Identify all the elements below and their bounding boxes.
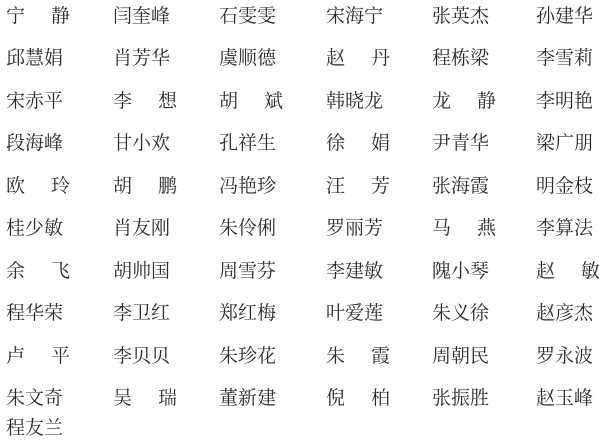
person-name: 朱伶俐 <box>219 213 283 243</box>
person-name: 孙建华 <box>536 1 599 31</box>
person-name: 朱珍花 <box>219 341 283 371</box>
person-name: 余飞 <box>6 256 70 286</box>
person-name: 李想 <box>113 86 177 116</box>
person-name: 张振胜 <box>432 383 496 413</box>
person-name: 隗小琴 <box>432 256 496 286</box>
person-name: 龙静 <box>432 86 496 116</box>
person-name: 邱慧娟 <box>6 43 70 73</box>
person-name: 李卫红 <box>113 298 177 328</box>
person-name: 胡鹏 <box>113 171 177 201</box>
name-row: 程华荣李卫红郑红梅叶爱莲朱义徐赵彦杰 <box>0 298 599 328</box>
name-row: 宋赤平李想胡斌韩晓龙龙静李明艳 <box>0 86 599 116</box>
name-row: 宁静闫奎峰石雯雯宋海宁张英杰孙建华 <box>0 1 599 31</box>
name-row: 朱文奇吴瑞董新建倪柏张振胜赵玉峰 <box>0 383 599 413</box>
person-name: 罗丽芳 <box>326 213 390 243</box>
person-name: 韩晓龙 <box>326 86 390 116</box>
person-name: 虞顺德 <box>219 43 283 73</box>
person-name: 叶爱莲 <box>326 298 390 328</box>
person-name: 罗永波 <box>536 341 599 371</box>
person-name: 程栋梁 <box>432 43 496 73</box>
person-name: 朱义徐 <box>432 298 496 328</box>
person-name: 董新建 <box>219 383 283 413</box>
person-name: 宁静 <box>6 1 70 31</box>
person-name: 赵丹 <box>326 43 390 73</box>
person-name: 明金枝 <box>536 171 599 201</box>
person-name: 汪芳 <box>326 171 390 201</box>
person-name: 卢平 <box>6 341 70 371</box>
person-name: 朱文奇 <box>6 383 70 413</box>
person-name: 宋海宁 <box>326 1 390 31</box>
person-name: 李建敏 <box>326 256 390 286</box>
person-name: 冯艳珍 <box>219 171 283 201</box>
person-name: 李雪莉 <box>536 43 599 73</box>
person-name: 段海峰 <box>6 128 70 158</box>
name-row: 程友兰 <box>0 413 599 443</box>
person-name: 张海霞 <box>432 171 496 201</box>
person-name: 吴瑞 <box>113 383 177 413</box>
person-name: 胡帅国 <box>113 256 177 286</box>
person-name: 梁广朋 <box>536 128 599 158</box>
person-name: 胡斌 <box>219 86 283 116</box>
person-name: 李贝贝 <box>113 341 177 371</box>
person-name: 肖芳华 <box>113 43 177 73</box>
person-name: 郑红梅 <box>219 298 283 328</box>
person-name: 闫奎峰 <box>113 1 177 31</box>
name-row: 卢平李贝贝朱珍花朱霞周朝民罗永波 <box>0 341 599 371</box>
person-name: 肖友刚 <box>113 213 177 243</box>
person-name: 尹青华 <box>432 128 496 158</box>
person-name: 桂少敏 <box>6 213 70 243</box>
person-name: 张英杰 <box>432 1 496 31</box>
name-row: 段海峰甘小欢孔祥生徐娟尹青华梁广朋 <box>0 128 599 158</box>
person-name: 程友兰 <box>6 413 70 443</box>
person-name: 李算法 <box>536 213 599 243</box>
name-row: 欧玲胡鹏冯艳珍汪芳张海霞明金枝 <box>0 171 599 201</box>
person-name: 周朝民 <box>432 341 496 371</box>
person-name: 朱霞 <box>326 341 390 371</box>
person-name: 赵玉峰 <box>536 383 599 413</box>
person-name: 倪柏 <box>326 383 390 413</box>
person-name: 周雪芬 <box>219 256 283 286</box>
person-name: 马燕 <box>432 213 496 243</box>
person-name: 宋赤平 <box>6 86 70 116</box>
person-name: 程华荣 <box>6 298 70 328</box>
person-name: 李明艳 <box>536 86 599 116</box>
name-row: 邱慧娟肖芳华虞顺德赵丹程栋梁李雪莉 <box>0 43 599 73</box>
person-name: 孔祥生 <box>219 128 283 158</box>
person-name: 赵敏 <box>536 256 599 286</box>
person-name: 石雯雯 <box>219 1 283 31</box>
person-name: 欧玲 <box>6 171 70 201</box>
person-name: 甘小欢 <box>113 128 177 158</box>
person-name: 赵彦杰 <box>536 298 599 328</box>
name-row: 桂少敏肖友刚朱伶俐罗丽芳马燕李算法 <box>0 213 599 243</box>
name-row: 余飞胡帅国周雪芬李建敏隗小琴赵敏 <box>0 256 599 286</box>
person-name: 徐娟 <box>326 128 390 158</box>
